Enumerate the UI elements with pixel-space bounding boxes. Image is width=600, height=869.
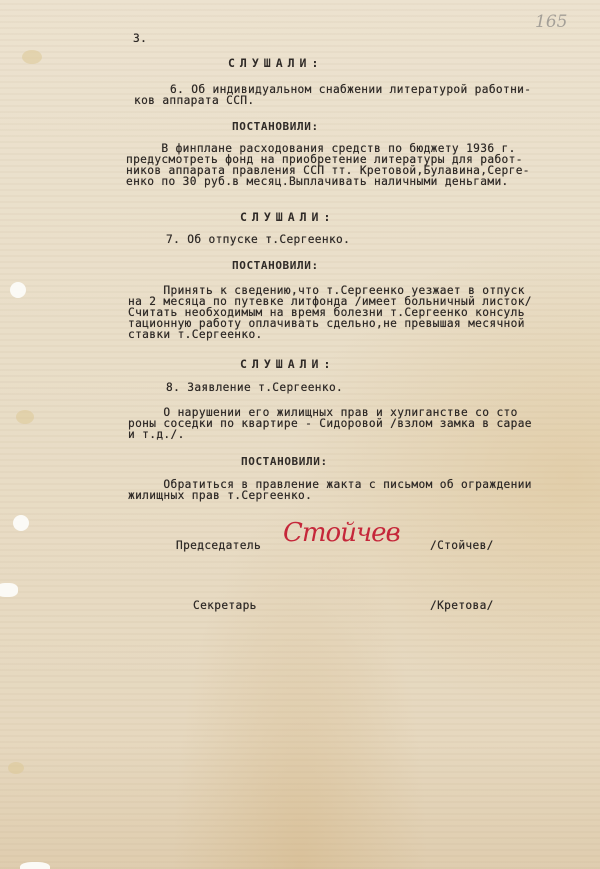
torn-edge-hole: [0, 583, 18, 597]
resolution-line: енко по 30 руб.в месяц.Выплачивать налич…: [126, 176, 509, 187]
chairman-signature: Стойчев: [283, 518, 400, 548]
item-detail-line: и т.д./.: [128, 429, 185, 440]
archival-document-page: 3. 165 СЛУШАЛИ: 6. Об индивидуальном сна…: [0, 0, 600, 869]
paper-stain: [22, 50, 42, 64]
chairman-label: Председатель: [176, 540, 261, 551]
section-heading-resolved: ПОСТАНОВИЛИ:: [232, 120, 319, 133]
agenda-item: 7. Об отпуске т.Сергеенко.: [166, 234, 350, 245]
agenda-item-continuation: ков аппарата ССП.: [134, 95, 254, 106]
section-heading-resolved: ПОСТАНОВИЛИ:: [232, 259, 319, 272]
resolution-line: ставки т.Сергеенко.: [128, 329, 263, 340]
page-number-handwritten: 165: [535, 12, 567, 32]
section-heading-heard: СЛУШАЛИ:: [228, 56, 323, 70]
page-number-typed: 3.: [133, 33, 147, 44]
torn-corner: [20, 862, 50, 869]
item-detail-line: роны соседки по квартире - Сидоровой /вз…: [128, 418, 532, 429]
section-heading-heard: СЛУШАЛИ:: [240, 210, 335, 224]
resolution-line: жилищных прав т.Сергеенко.: [128, 490, 312, 501]
section-heading-resolved: ПОСТАНОВИЛИ:: [241, 455, 328, 468]
paper-stain: [8, 762, 24, 774]
section-heading-heard: СЛУШАЛИ:: [240, 357, 335, 371]
chairman-name: /Стойчев/: [430, 540, 494, 551]
punch-hole-bottom: [13, 515, 29, 531]
secretary-label: Секретарь: [193, 600, 257, 611]
secretary-name: /Кретова/: [430, 600, 494, 611]
punch-hole-top: [10, 282, 26, 298]
paper-stain: [16, 410, 34, 424]
agenda-item: 8. Заявление т.Сергеенко.: [166, 382, 343, 393]
